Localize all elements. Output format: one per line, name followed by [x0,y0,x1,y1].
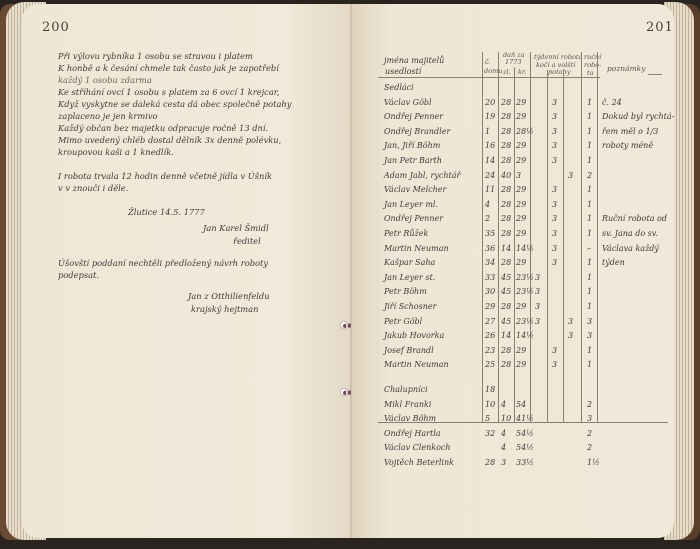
column-line [581,52,582,423]
cell-kr: 54½ [516,429,534,438]
cell-no: 27 [485,317,495,326]
cell-zl: 45 [501,317,511,326]
cell-kr: 29 [516,185,526,194]
cell-name: Adam Jabl, rychtář [384,171,460,180]
cell-manual: 1 [587,200,592,209]
cell-kr: 29 [516,156,526,165]
cell-c2: 3 [552,229,557,238]
column-line [498,52,499,423]
cell-manual: 1 [587,141,592,150]
cell-no: 20 [485,98,495,107]
cell-zl: 10 [501,414,511,423]
section-title: Chalupníci [384,385,428,394]
cell-no: 25 [485,360,495,369]
cell-kr: 23½ [516,273,534,282]
cell-manual: 2 [587,400,592,409]
column-line [563,70,564,423]
text-line: podepsat. [58,270,99,280]
cell-zl: 28 [501,141,511,150]
cell-name: Ondřej Penner [384,214,443,223]
cell-note: řem měl o 1/3 [602,127,658,136]
cell-name: Jan Leyer st. [384,273,435,282]
section-title: Sedláci [384,83,414,92]
cell-no: 10 [485,400,495,409]
cell-kr: 29 [516,302,526,311]
cell-zl: 45 [501,273,511,282]
cell-kr: 54½ [516,443,534,452]
header-notes: poznámky [607,65,645,73]
header-owner: usedlostí [385,68,421,76]
cell-kr: 29 [516,346,526,355]
cell-note: Václava každý [602,244,659,253]
text-line: každý 1 osobu zdarma [58,75,152,85]
cell-manual: 1 [587,273,592,282]
cell-no: 34 [485,258,495,267]
text-line: kroupovou kaši a 1 knedlík. [58,147,174,157]
cell-zl: 28 [501,127,511,136]
cell-manual: 1 [587,214,592,223]
cell-zl: 4 [501,443,506,452]
cell-no: 36 [485,244,495,253]
cell-manual: 1 [587,127,592,136]
cell-manual: 1 [587,112,592,121]
cell-name: Ondřej Brandler [384,127,450,136]
cell-no: 11 [485,185,495,194]
cell-kr: 23½ [516,317,534,326]
right-page-number: 201 [646,20,674,35]
cell-zl: 28 [501,214,511,223]
cell-c3: 3 [568,317,573,326]
cell-name: Václav Clenkoch [384,443,451,452]
cell-manual: 1 [587,302,592,311]
cell-zl: 28 [501,200,511,209]
cell-name: Václav Göbl [384,98,432,107]
cell-c1: 3 [535,317,540,326]
cell-manual: 3 [587,317,592,326]
cell-zl: 45 [501,287,511,296]
header-dash [648,74,662,75]
signature-title: ředitel [233,236,261,246]
cell-zl: 28 [501,360,511,369]
header-house-no: domu [484,67,502,75]
cell-kr: 14½ [516,244,534,253]
cell-manual: 1 [587,185,592,194]
cell-zl: 28 [501,346,511,355]
cell-name: Petr Růžek [384,229,428,238]
cell-kr: 29 [516,360,526,369]
section-house-no: 18 [485,385,495,394]
cell-c2: 3 [552,185,557,194]
header-rule [378,77,600,78]
cell-zl: 28 [501,302,511,311]
cell-kr: 29 [516,141,526,150]
cell-c2: 3 [552,360,557,369]
cell-no: 29 [485,302,495,311]
cell-name: Ondřej Penner [384,112,443,121]
cell-name: Jakub Hovorka [384,331,444,340]
signature-name: Jan z Otthilienfeldu [188,291,270,301]
cell-no: 2 [485,214,490,223]
cell-manual: 3 [587,331,592,340]
cell-no: 4 [485,200,490,209]
date-line: Žlutice 14.5. 1777 [128,207,205,217]
cell-c2: 3 [552,156,557,165]
cell-zl: 4 [501,429,506,438]
cell-c2: 3 [552,346,557,355]
cell-name: Jan Petr Barth [384,156,442,165]
cell-name: Petr Göbl [384,317,422,326]
open-ledger-book: 200 Při výlovu rybníka 1 osobu se stravo… [0,0,700,549]
cell-name: Jan Leyer ml. [384,200,438,209]
cell-c2: 3 [552,141,557,150]
column-line [547,70,548,423]
cell-note: roboty méně [602,141,653,150]
text-line: Ke stříhání ovcí 1 osobu s platem za 6 o… [58,87,279,97]
cell-c2: 3 [552,127,557,136]
cell-manual: 1 [587,258,592,267]
cell-manual: 1 [587,229,592,238]
cell-kr: 29 [516,214,526,223]
cell-kr: 41½ [516,414,534,423]
cell-c2: 3 [552,112,557,121]
text-line: I robota trvala 12 hodin denně včetně jí… [58,171,272,181]
header-tax-kr: kr. [518,68,526,76]
header-manual: ruční [584,53,601,61]
cell-manual: 3 [587,414,592,423]
cell-name: Vojtěch Beterlink [384,458,454,467]
cell-note: Ruční robota od [602,214,667,223]
signature-name: Jan Karel Šmidl [203,223,269,233]
text-line: Mimo uvedený chléb dostal dělník 3x denn… [58,135,281,145]
cell-zl: 28 [501,112,511,121]
cell-manual: 1 [587,360,592,369]
header-robot-teams: potahy [548,68,570,76]
cell-no: 19 [485,112,495,121]
cell-no: 28 [485,458,495,467]
cell-no: 35 [485,229,495,238]
text-line: Při výlovu rybníka 1 osobu se stravou i … [58,51,253,61]
cell-no: 33 [485,273,495,282]
cell-no: 24 [485,171,495,180]
cell-kr: 3 [516,171,521,180]
cell-name: Josef Brandl [384,346,434,355]
header-robot: týdenní robota [534,53,582,61]
cell-name: Martin Neuman [384,360,449,369]
cell-kr: 29 [516,258,526,267]
header-manual: robo- [584,61,601,69]
column-line [482,52,483,423]
cell-c2: 3 [552,214,557,223]
cell-manual: 1 [587,98,592,107]
cell-name: Jan, Jiří Böhm [384,141,440,150]
cell-manual: 1 [587,346,592,355]
cell-kr: 29 [516,229,526,238]
cell-manual: 2 [587,443,592,452]
cell-zl: 40 [501,171,511,180]
cell-zl: 28 [501,98,511,107]
cell-zl: 4 [501,400,506,409]
cell-c1: 3 [535,302,540,311]
cell-c1: 3 [535,287,540,296]
cell-name: Václav Böhm [384,414,436,423]
text-line: Úšovští poddaní nechtěli předložený návr… [58,258,268,268]
header-tax-zl: zl. [503,68,511,76]
cell-no: 1 [485,127,490,136]
cell-zl: 14 [501,244,511,253]
cell-name: Kašpar Saha [384,258,435,267]
signature-title: krajský hejtman [191,304,258,314]
cell-manual: – [587,244,591,253]
cell-note: týden [602,258,625,267]
cell-kr: 28½ [516,127,534,136]
cell-kr: 29 [516,200,526,209]
cell-name: Petr Böhm [384,287,427,296]
cell-no: 26 [485,331,495,340]
cell-manual: 1½ [587,458,600,467]
cell-c1: 3 [535,273,540,282]
header-manual: ta [587,69,594,77]
column-line [597,52,598,423]
text-line: Když vyskytne se daleká cesta dá obec sp… [58,99,291,109]
left-page-number: 200 [42,20,70,35]
cell-c3: 3 [568,171,573,180]
cell-manual: 2 [587,171,592,180]
cell-name: Mikl Franki [384,400,431,409]
cell-kr: 14½ [516,331,534,340]
cell-name: Martin Neuman [384,244,449,253]
cell-kr: 54 [516,400,526,409]
cell-c3: 3 [568,331,573,340]
cell-zl: 28 [501,229,511,238]
cell-c2: 3 [552,258,557,267]
cell-no: 16 [485,141,495,150]
cell-manual: 1 [587,287,592,296]
cell-kr: 33½ [516,458,534,467]
cell-note: č. 24 [602,98,622,107]
text-line: zaplaceno je jen krmivo [58,111,158,121]
cell-zl: 28 [501,156,511,165]
cell-manual: 2 [587,429,592,438]
cell-no: 32 [485,429,495,438]
cell-no: 23 [485,346,495,355]
cell-no: 14 [485,156,495,165]
header-owner: jména majitelů [384,57,444,65]
cell-kr: 29 [516,98,526,107]
cell-c2: 3 [552,200,557,209]
header-house-no: č. [485,58,491,66]
column-line [514,67,515,423]
cell-kr: 23½ [516,287,534,296]
cell-name: Jiří Schosner [384,302,436,311]
cell-manual: 1 [587,156,592,165]
text-line: K honbě a k česání chmele tak často jak … [58,63,279,73]
cell-zl: 14 [501,331,511,340]
text-line: v v znouči i děle. [58,183,128,193]
cell-name: Václav Melcher [384,185,446,194]
cell-note: Dokud byl rychtá- [602,112,674,121]
cell-no: 5 [485,414,490,423]
cell-c2: 3 [552,244,557,253]
text-line: Každý občan bez majetku odpracuje ročně … [58,123,268,133]
cell-c2: 3 [552,98,557,107]
cell-no: 30 [485,287,495,296]
cell-name: Ondřej Hartla [384,429,441,438]
cell-zl: 28 [501,185,511,194]
cell-zl: 28 [501,258,511,267]
cell-kr: 29 [516,112,526,121]
column-line [530,52,531,423]
header-tax-year: 1773 [505,58,522,66]
cell-note: sv. Jana do sv. [602,229,658,238]
cell-zl: 3 [501,458,506,467]
